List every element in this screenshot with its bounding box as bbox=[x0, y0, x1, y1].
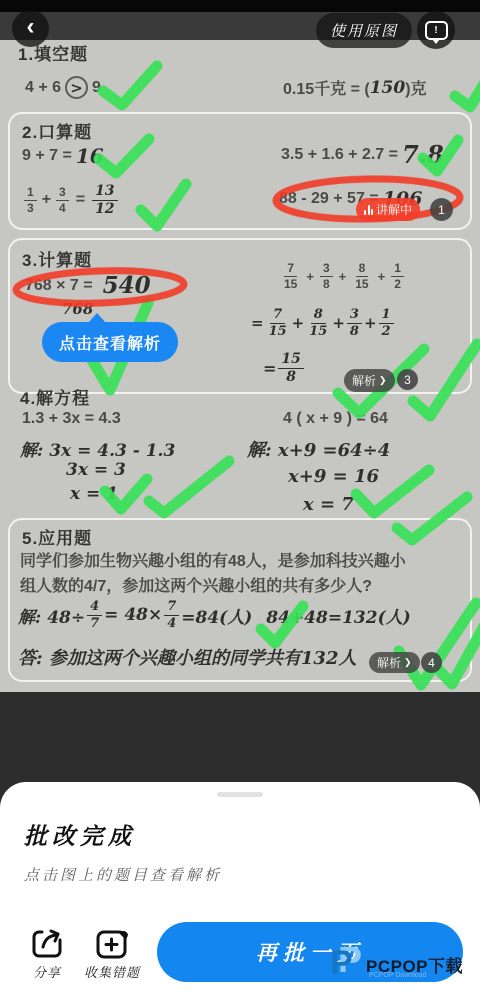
drag-handle[interactable] bbox=[217, 792, 263, 797]
sheet-title: 批改完成 bbox=[24, 818, 136, 851]
use-original-label: 使用原图 bbox=[330, 20, 398, 41]
fraction-denominator: 2 bbox=[379, 324, 394, 339]
fraction-numerator: 7 bbox=[164, 600, 179, 616]
question-number-badge[interactable]: 4 bbox=[421, 652, 442, 673]
handwritten-work: x = 7 bbox=[303, 494, 354, 515]
handwritten-answer: > bbox=[70, 79, 83, 97]
handwritten-solution: 解: 48÷ 47 = 48× 74 =84(人) 84+48=132(人) bbox=[18, 600, 411, 630]
printed-expression: 3.5 + 1.6 + 2.7 = bbox=[281, 146, 398, 164]
collect-mistakes-label: 收集错题 bbox=[77, 962, 147, 981]
handwritten-work: x+9 = 16 bbox=[288, 466, 379, 487]
fraction-numerator: 8 bbox=[311, 308, 326, 324]
plus-sign: + bbox=[42, 191, 51, 209]
equals-sign: = bbox=[76, 191, 85, 209]
plus-sign: + bbox=[378, 269, 386, 284]
tooltip-label: 点击查看解析 bbox=[59, 331, 161, 354]
watermark-logo: P bbox=[330, 946, 353, 980]
handwritten-answer: 150 bbox=[370, 78, 406, 98]
question-1-2[interactable]: 0.15千克 = ( 150 )克 bbox=[283, 76, 427, 99]
collect-icon bbox=[94, 926, 130, 960]
plus-sign: + bbox=[332, 314, 345, 332]
view-analysis-tooltip[interactable]: 点击查看解析 bbox=[42, 322, 178, 362]
share-label: 分享 bbox=[22, 962, 72, 981]
fraction-denominator: 4 bbox=[164, 616, 179, 631]
chevron-right-icon: ❯ bbox=[404, 657, 412, 668]
question-3-2[interactable]: 715 + 38 + 815 + 12 bbox=[279, 262, 406, 290]
report-button[interactable]: ! bbox=[417, 11, 455, 49]
use-original-button[interactable]: 使用原图 bbox=[316, 13, 412, 48]
handwritten-fraction: 1312 bbox=[92, 184, 117, 216]
equals-sign: = bbox=[263, 359, 276, 378]
screen: 1.填空题 4 + 6 > 9 0.15千克 = ( 150 )克 2.口算题 … bbox=[0, 0, 480, 992]
question-2-3[interactable]: 13 + 34 = 1312 bbox=[22, 184, 120, 216]
equals-sign: = bbox=[251, 314, 264, 332]
fraction-numerator: 13 bbox=[92, 184, 117, 201]
fraction-numerator: 7 bbox=[270, 308, 285, 324]
fraction-numerator: 4 bbox=[87, 600, 102, 616]
handwritten-answer: 7.8 bbox=[402, 140, 444, 169]
fraction-numerator: 3 bbox=[347, 308, 362, 324]
handwritten-work-line: = 715 + 815 + 38 + 12 bbox=[251, 308, 396, 338]
analysis-badge[interactable]: 解析 ❯ bbox=[344, 369, 395, 392]
fraction-denominator: 8 bbox=[283, 369, 299, 385]
solution-part: = 48× bbox=[104, 605, 162, 625]
fraction-numerator: 7 bbox=[284, 262, 297, 277]
comparison-circle: > bbox=[65, 76, 88, 99]
problem-text-line2: 组人数的4/7，参加这两个兴趣小组的共有多少人? bbox=[20, 573, 372, 596]
handwritten-answer: 540 bbox=[103, 272, 151, 299]
section5-title: 5.应用题 bbox=[22, 524, 92, 549]
back-icon: ‹ bbox=[27, 15, 35, 39]
handwritten-work: 3x = 3 bbox=[66, 460, 126, 480]
handwritten-work: 解: x+9 =64÷4 bbox=[247, 436, 390, 462]
section2-title: 2.口算题 bbox=[22, 118, 92, 143]
handwritten-work: 解: 3x = 4.3 - 1.3 bbox=[20, 436, 175, 461]
printed-expression: 768 × 7 = bbox=[25, 277, 93, 295]
plus-sign: + bbox=[339, 269, 347, 284]
tooltip-arrow bbox=[88, 313, 106, 323]
handwritten-answer: 16 bbox=[76, 144, 104, 168]
fraction-numerator: 3 bbox=[56, 186, 69, 201]
solution-part: =84(人) bbox=[181, 603, 252, 628]
fraction-denominator: 7 bbox=[87, 616, 102, 631]
printed-expression: 4 + 6 bbox=[25, 79, 61, 97]
fraction-denominator: 3 bbox=[24, 201, 37, 215]
audio-bars-icon bbox=[364, 204, 373, 215]
analysis-badge-label: 解析 bbox=[352, 372, 376, 389]
section4-title: 4.解方程 bbox=[20, 384, 90, 409]
question-number-badge[interactable]: 1 bbox=[430, 198, 453, 221]
fraction-denominator: 15 bbox=[281, 277, 300, 291]
section3-title: 3.计算题 bbox=[22, 246, 92, 271]
fraction-numerator: 1 bbox=[379, 308, 394, 324]
fraction-numerator: 1 bbox=[391, 262, 404, 277]
handwritten-answer-sentence: 答: 参加这两个兴趣小组的同学共有132人 bbox=[18, 644, 356, 670]
watermark-subtext: PCPOP Download bbox=[369, 972, 426, 979]
sheet-subtitle: 点击图上的题目查看解析 bbox=[24, 864, 222, 885]
plus-sign: + bbox=[306, 269, 314, 284]
solution-part: 84+48=132(人) bbox=[266, 603, 410, 628]
share-icon bbox=[30, 926, 64, 960]
question-number-badge[interactable]: 3 bbox=[397, 369, 418, 390]
fraction-denominator: 8 bbox=[320, 277, 333, 291]
handwritten-work: x = 1 bbox=[70, 484, 118, 504]
fraction-numerator: 3 bbox=[320, 262, 333, 277]
analysis-badge[interactable]: 解析 ❯ bbox=[369, 652, 420, 673]
question-1-1[interactable]: 4 + 6 > 9 bbox=[25, 76, 101, 99]
report-icon: ! bbox=[425, 21, 448, 40]
question-3-1[interactable]: 768 × 7 = 540 bbox=[25, 272, 151, 299]
chevron-right-icon: ❯ bbox=[379, 375, 387, 386]
analysis-badge-label: 解析 bbox=[377, 654, 401, 671]
printed-expression: )克 bbox=[405, 76, 426, 99]
fraction-numerator: 8 bbox=[356, 262, 369, 277]
printed-expression: 0.15千克 = ( bbox=[283, 76, 370, 99]
plus-sign: + bbox=[364, 314, 377, 332]
question-2-1[interactable]: 9 + 7 = 16 bbox=[22, 144, 104, 168]
printed-expression: 9 + 7 = bbox=[22, 147, 72, 165]
back-button[interactable]: ‹ bbox=[12, 10, 49, 47]
question-4-2[interactable]: 4 ( x + 9 ) = 64 bbox=[283, 410, 388, 428]
problem-text-line1: 同学们参加生物兴趣小组的有48人，是参加科技兴趣小 bbox=[20, 548, 406, 571]
fraction-denominator: 8 bbox=[347, 324, 362, 339]
fraction-numerator: 15 bbox=[278, 352, 303, 369]
explaining-badge[interactable]: 讲解中 bbox=[356, 198, 420, 221]
fraction-denominator: 15 bbox=[306, 324, 330, 339]
question-4-1[interactable]: 1.3 + 3x = 4.3 bbox=[22, 410, 121, 428]
fraction-denominator: 12 bbox=[92, 201, 117, 217]
plus-sign: + bbox=[292, 314, 305, 332]
collect-mistakes-button[interactable] bbox=[94, 926, 130, 960]
fraction-denominator: 15 bbox=[352, 277, 371, 291]
solution-part: 解: 48÷ bbox=[18, 603, 85, 628]
explaining-badge-label: 讲解中 bbox=[376, 201, 412, 218]
fraction-numerator: 1 bbox=[24, 186, 37, 201]
printed-expression: 9 bbox=[92, 79, 101, 97]
status-bar bbox=[0, 0, 480, 12]
handwritten-work-line: = 158 bbox=[263, 352, 306, 384]
fraction-denominator: 2 bbox=[391, 277, 404, 291]
question-2-2[interactable]: 3.5 + 1.6 + 2.7 = 7.8 bbox=[281, 140, 444, 169]
fraction-denominator: 4 bbox=[56, 201, 69, 215]
watermark: P P PCPOP下载 PCPOP Download bbox=[330, 936, 480, 992]
fraction-denominator: 15 bbox=[266, 324, 290, 339]
exclamation-glyph: ! bbox=[434, 25, 437, 36]
share-button[interactable] bbox=[30, 926, 64, 960]
